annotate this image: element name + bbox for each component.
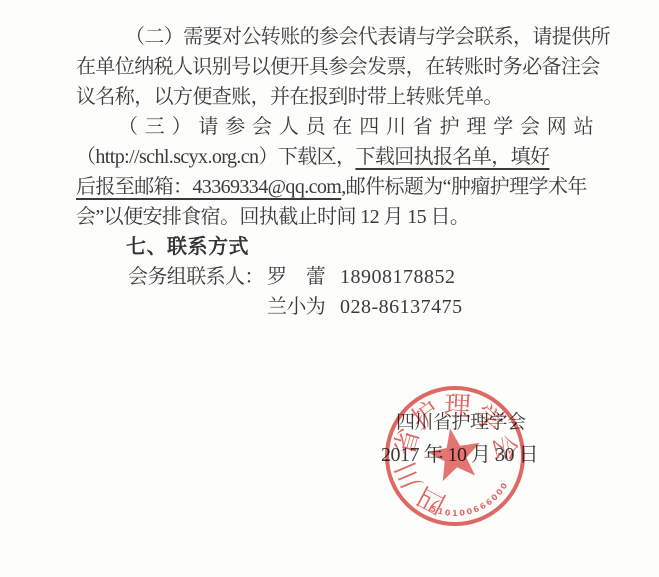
contact-2-phone: 028-86137475 — [340, 296, 463, 318]
seal-code-digit: 0 — [444, 508, 451, 518]
seal-code-digit: 1 — [437, 507, 445, 517]
contact-1-phone: 18908178852 — [340, 266, 456, 288]
official-seal-stamp: 四川省护理学会 510100666000 — [380, 378, 530, 528]
seal-code-digit: 1 — [452, 509, 458, 518]
contact-label: 会务组联系人： — [128, 262, 267, 292]
contact-row-1: 会务组联系人：罗 蕾18908178852 — [76, 262, 606, 292]
para-2-line-3: 议名称，以方便查账，并在报到时带上转账凭单。 — [76, 82, 606, 112]
seal-star — [427, 428, 479, 481]
para-2-line-1: （二）需要对公转账的参会代表请与学会联系，请提供所 — [76, 22, 606, 52]
para-3-line-3: 后报至邮箱：43369334@qq.com,邮件标题为“肿瘤护理学术年 — [76, 172, 606, 202]
reply-form-underlined-text: 下载回执报名单，填好 — [355, 146, 549, 168]
seal-code-digit: 0 — [459, 508, 466, 518]
para-3-line-4: 会”以便安排食宿。回执截止时间 12 月 15 日。 — [76, 202, 606, 232]
contact-2-name: 兰小为 — [267, 292, 340, 322]
section-heading: 七、联系方式 — [76, 232, 606, 262]
para-3-line-2: （http://schl.scyx.org.cn）下载区，下载回执报名单，填好 — [76, 142, 606, 172]
contact-row-2: 兰小为028-86137475 — [76, 292, 606, 322]
website-url-text: （http://schl.scyx.org.cn）下载区， — [76, 146, 355, 168]
contact-1-name: 罗 蕾 — [267, 262, 340, 292]
para-3-line-1: （三）请参会人员在四川省护理学会网站 — [76, 112, 606, 142]
email-underlined-text: 后报至邮箱：43369334@qq.com — [76, 176, 341, 198]
seal-ring-char: 理 — [443, 390, 472, 421]
seal-ring-char: 会 — [487, 432, 521, 463]
para-2-line-2: 在单位纳税人识别号以便开具参会发票，在转账时务必备注会 — [76, 52, 606, 82]
document-page: （二）需要对公转账的参会代表请与学会联系，请提供所 在单位纳税人识别号以便开具参… — [0, 0, 659, 577]
email-subject-text: ,邮件标题为“肿瘤护理学术年 — [341, 176, 586, 198]
document-body: （二）需要对公转账的参会代表请与学会联系，请提供所 在单位纳税人识别号以便开具参… — [76, 22, 606, 322]
